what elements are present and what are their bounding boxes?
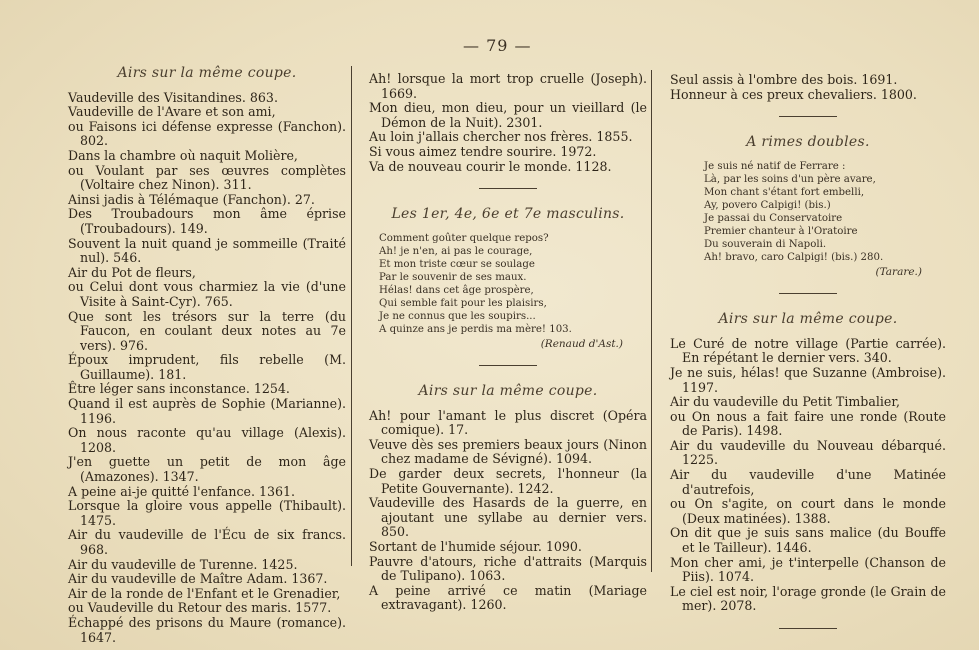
list-item: Air du Pot de fleurs, bbox=[68, 266, 346, 281]
list-item: Des Troubadours mon âme éprise (Troubado… bbox=[68, 207, 346, 236]
verse-line: Hélas! dans cet âge prospère, bbox=[379, 284, 647, 297]
verse-line: Et mon triste cœur se soulage bbox=[379, 258, 647, 271]
verse-line: Ah! je n'en, ai pas le courage, bbox=[379, 245, 647, 258]
list-item: Je ne suis, hélas! que Suzanne (Ambroise… bbox=[670, 366, 946, 395]
list-item: Si vous aimez tendre sourire. 1972. bbox=[369, 145, 647, 160]
list-item: Va de nouveau courir le monde. 1128. bbox=[369, 160, 647, 175]
list-item: De garder deux secrets, l'honneur (la Pe… bbox=[369, 467, 647, 496]
verse-line: Qui semble fait pour les plaisirs, bbox=[379, 297, 647, 310]
verse-line: A quinze ans je perdis ma mère! 103. bbox=[379, 323, 647, 336]
section-heading: Airs sur la même coupe. bbox=[369, 384, 647, 399]
verse-block: Je suis né natif de Ferrare : Là, par le… bbox=[670, 160, 946, 265]
list-item: Le Curé de notre village (Partie carrée)… bbox=[670, 337, 946, 366]
list-item: On nous raconte qu'au village (Alexis). … bbox=[68, 426, 346, 455]
list-item: Mon cher ami, je t'interpelle (Chanson d… bbox=[670, 556, 946, 585]
list-item: Air du vaudeville du Petit Timbalier, bbox=[670, 395, 946, 410]
verse-attribution: (Renaud d'Ast.) bbox=[369, 337, 647, 352]
section-rule bbox=[779, 628, 837, 629]
column-2: Ah! lorsque la mort trop cruelle (Joseph… bbox=[369, 72, 647, 613]
entry-list-top: Seul assis à l'ombre des bois. 1691. Hon… bbox=[670, 73, 946, 102]
list-item: Que sont les trésors sur la terre (du Fa… bbox=[68, 310, 346, 354]
list-item: Air du vaudeville de l'Écu de six francs… bbox=[68, 528, 346, 557]
verse-line: Ay, povero Calpigi! (bis.) bbox=[704, 199, 946, 212]
verse-line: Premier chanteur à l'Oratoire bbox=[704, 225, 946, 238]
list-item: Lorsque la gloire vous appelle (Thibault… bbox=[68, 499, 346, 528]
verse-line: Mon chant s'étant fort embelli, bbox=[704, 186, 946, 199]
section-heading: Airs sur la même coupe. bbox=[670, 312, 946, 327]
column-divider-left bbox=[351, 66, 352, 566]
list-item: Honneur à ces preux chevaliers. 1800. bbox=[670, 88, 946, 103]
list-item: Ainsi jadis à Télémaque (Fanchon). 27. bbox=[68, 193, 346, 208]
verse-attribution: (Tarare.) bbox=[670, 265, 946, 280]
list-item: A peine ai-je quitté l'enfance. 1361. bbox=[68, 485, 346, 500]
list-item: Époux imprudent, fils rebelle (M. Guilla… bbox=[68, 353, 346, 382]
section-rule bbox=[479, 188, 537, 189]
verse-line: Ah! bravo, caro Calpigi! (bis.) 280. bbox=[704, 251, 946, 264]
section-heading: Les 1er, 4e, 6e et 7e masculins. bbox=[369, 207, 647, 222]
verse-line: Par le souvenir de ses maux. bbox=[379, 271, 647, 284]
list-item: Sortant de l'humide séjour. 1090. bbox=[369, 540, 647, 555]
list-item: Dans la chambre où naquit Molière, bbox=[68, 149, 346, 164]
list-item: Souvent la nuit quand je sommeille (Trai… bbox=[68, 237, 346, 266]
column-1: Airs sur la même coupe. Vaudeville des V… bbox=[68, 66, 346, 645]
list-item: Vaudeville de l'Avare et son ami, bbox=[68, 105, 346, 120]
list-item: Être léger sans inconstance. 1254. bbox=[68, 382, 346, 397]
list-item: Quand il est auprès de Sophie (Marianne)… bbox=[68, 397, 346, 426]
list-item: Air du vaudeville du Nouveau débarqué. 1… bbox=[670, 439, 946, 468]
list-item: Vaudeville des Visitandines. 863. bbox=[68, 91, 346, 106]
list-item: ou Celui dont vous charmiez la vie (d'un… bbox=[68, 280, 346, 309]
section-rule bbox=[779, 116, 837, 117]
list-item: Le ciel est noir, l'orage gronde (le Gra… bbox=[670, 585, 946, 614]
list-item: Échappé des prisons du Maure (romance). … bbox=[68, 616, 346, 645]
list-item: Vaudeville des Hasards de la guerre, en … bbox=[369, 496, 647, 540]
section-rule bbox=[479, 365, 537, 366]
list-item: Ah! pour l'amant le plus discret (Opéra … bbox=[369, 409, 647, 438]
section-heading: A rimes doubles. bbox=[670, 135, 946, 150]
list-item: ou Faisons ici défense expresse (Fanchon… bbox=[68, 120, 346, 149]
list-item: ou On nous a fait faire une ronde (Route… bbox=[670, 410, 946, 439]
section-rule bbox=[779, 293, 837, 294]
verse-line: Je passai du Conservatoire bbox=[704, 212, 946, 225]
list-item: Ah! lorsque la mort trop cruelle (Joseph… bbox=[369, 72, 647, 101]
list-item: ou Voulant par ses œuvres complètes (Vol… bbox=[68, 164, 346, 193]
verse-block: Comment goûter quelque repos? Ah! je n'e… bbox=[369, 232, 647, 337]
section-heading: Airs sur la même coupe. bbox=[68, 66, 346, 81]
list-item: Air de la ronde de l'Enfant et le Grenad… bbox=[68, 587, 346, 602]
verse-line: Je suis né natif de Ferrare : bbox=[704, 160, 946, 173]
list-item: A peine arrivé ce matin (Mariage extrava… bbox=[369, 584, 647, 613]
list-item: J'en guette un petit de mon âge (Amazone… bbox=[68, 455, 346, 484]
entry-list-bottom: Le Curé de notre village (Partie carrée)… bbox=[670, 337, 946, 614]
verse-line: Là, par les soins d'un père avare, bbox=[704, 173, 946, 186]
list-item: Veuve dès ses premiers beaux jours (Nino… bbox=[369, 438, 647, 467]
list-item: Air du vaudeville de Maître Adam. 1367. bbox=[68, 572, 346, 587]
verse-line: Je ne connus que les soupirs... bbox=[379, 310, 647, 323]
list-item: Pauvre d'atours, riche d'attraits (Marqu… bbox=[369, 555, 647, 584]
list-item: On dit que je suis sans malice (du Bouff… bbox=[670, 526, 946, 555]
list-item: Mon dieu, mon dieu, pour un vieillard (l… bbox=[369, 101, 647, 130]
page-number: — 79 — bbox=[463, 36, 532, 55]
verse-line: Comment goûter quelque repos? bbox=[379, 232, 647, 245]
list-item: Air du vaudeville de Turenne. 1425. bbox=[68, 558, 346, 573]
list-item: Au loin j'allais chercher nos frères. 18… bbox=[369, 130, 647, 145]
verse-line: Du souverain di Napoli. bbox=[704, 238, 946, 251]
entry-list: Vaudeville des Visitandines. 863. Vaudev… bbox=[68, 91, 346, 646]
entry-list-bottom: Ah! pour l'amant le plus discret (Opéra … bbox=[369, 409, 647, 613]
list-item: ou On s'agite, on court dans le monde (D… bbox=[670, 497, 946, 526]
list-item: Air du vaudeville d'une Matinée d'autref… bbox=[670, 468, 946, 497]
list-item: Seul assis à l'ombre des bois. 1691. bbox=[670, 73, 946, 88]
entry-list-top: Ah! lorsque la mort trop cruelle (Joseph… bbox=[369, 72, 647, 174]
list-item: ou Vaudeville du Retour des maris. 1577. bbox=[68, 601, 346, 616]
column-divider-right bbox=[651, 70, 652, 572]
column-3: Seul assis à l'ombre des bois. 1691. Hon… bbox=[670, 73, 946, 647]
